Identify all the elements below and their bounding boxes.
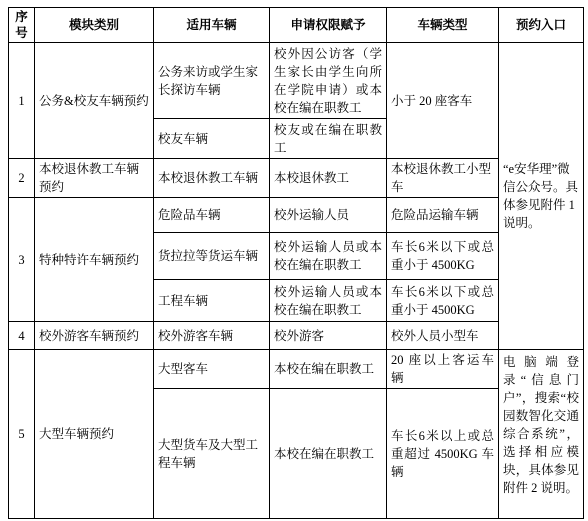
type-cell: 车长6米以下或总重小于 4500KG <box>387 280 499 322</box>
module-cell: 本校退休教工车辆预约 <box>35 159 154 198</box>
vehicle-reservation-table: 序号 模块类别 适用车辆 申请权限赋予 车辆类型 预约入口 1 公务&校友车辆预… <box>8 7 584 519</box>
type-cell: 车长6米以下或总重小于 4500KG <box>387 233 499 280</box>
table-header-row: 序号 模块类别 适用车辆 申请权限赋予 车辆类型 预约入口 <box>9 8 584 43</box>
vehicle-cell: 校友车辆 <box>154 119 270 159</box>
type-cell: 校外人员小型车 <box>387 322 499 350</box>
table-row: 3 特种特许车辆预约 危险品车辆 校外运输人员 危险品运输车辆 <box>9 198 584 233</box>
vehicle-cell: 危险品车辆 <box>154 198 270 233</box>
module-cell: 大型车辆预约 <box>35 350 154 519</box>
permission-cell: 校外因公访客（学生家长由学生向所在学院申请）或本校在编在职教工 <box>270 43 387 119</box>
type-cell: 小于 20 座客车 <box>387 43 499 159</box>
type-cell: 车长6米以上或总重超过 4500KG 车辆 <box>387 389 499 519</box>
vehicle-cell: 大型货车及大型工程车辆 <box>154 389 270 519</box>
type-cell: 危险品运输车辆 <box>387 198 499 233</box>
permission-cell: 本校在编在职教工 <box>270 389 387 519</box>
permission-cell: 校外运输人员或本校在编在职教工 <box>270 280 387 322</box>
header-serial-number: 序号 <box>9 8 35 43</box>
header-applicable-vehicle: 适用车辆 <box>154 8 270 43</box>
header-module-category: 模块类别 <box>35 8 154 43</box>
vehicle-cell: 货拉拉等货运车辆 <box>154 233 270 280</box>
permission-cell: 校外运输人员 <box>270 198 387 233</box>
permission-cell: 校友或在编在职教工 <box>270 119 387 159</box>
type-cell: 20 座以上客运车辆 <box>387 350 499 389</box>
module-cell: 校外游客车辆预约 <box>35 322 154 350</box>
serial-cell: 3 <box>9 198 35 322</box>
serial-cell: 1 <box>9 43 35 159</box>
permission-cell: 本校在编在职教工 <box>270 350 387 389</box>
serial-cell: 2 <box>9 159 35 198</box>
entry-cell-wechat: “e安华理”微信公众号。具体参见附件 1 说明。 <box>499 43 584 350</box>
serial-cell: 4 <box>9 322 35 350</box>
table-row: 5 大型车辆预约 大型客车 本校在编在职教工 20 座以上客运车辆 电脑端登录“… <box>9 350 584 389</box>
vehicle-cell: 公务来访或学生家长探访车辆 <box>154 43 270 119</box>
vehicle-cell: 本校退休教工车辆 <box>154 159 270 198</box>
permission-cell: 校外运输人员或本校在编在职教工 <box>270 233 387 280</box>
table-row: 4 校外游客车辆预约 校外游客车辆 校外游客 校外人员小型车 <box>9 322 584 350</box>
table-row: 2 本校退休教工车辆预约 本校退休教工车辆 本校退休教工 本校退休教工小型车 <box>9 159 584 198</box>
permission-cell: 校外游客 <box>270 322 387 350</box>
table-row: 1 公务&校友车辆预约 公务来访或学生家长探访车辆 校外因公访客（学生家长由学生… <box>9 43 584 119</box>
vehicle-cell: 校外游客车辆 <box>154 322 270 350</box>
serial-cell: 5 <box>9 350 35 519</box>
header-permission-grant: 申请权限赋予 <box>270 8 387 43</box>
module-cell: 公务&校友车辆预约 <box>35 43 154 159</box>
type-cell: 本校退休教工小型车 <box>387 159 499 198</box>
header-vehicle-type: 车辆类型 <box>387 8 499 43</box>
header-reservation-entry: 预约入口 <box>499 8 584 43</box>
vehicle-cell: 大型客车 <box>154 350 270 389</box>
vehicle-cell: 工程车辆 <box>154 280 270 322</box>
module-cell: 特种特许车辆预约 <box>35 198 154 322</box>
entry-cell-portal: 电脑端登录“信息门户”，搜索“校园数智化交通综合系统”，选择相应模块，具体参见附… <box>499 350 584 519</box>
permission-cell: 本校退休教工 <box>270 159 387 198</box>
